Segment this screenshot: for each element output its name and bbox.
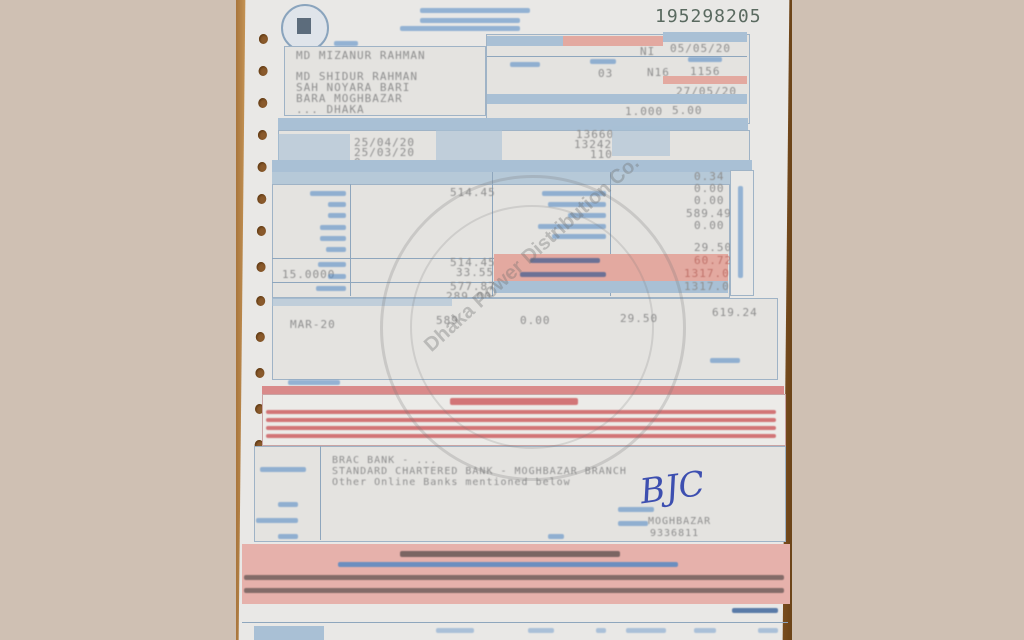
date-label [278, 534, 298, 539]
issue-date: 05/05/20 [670, 42, 731, 55]
banner-text-line [244, 588, 784, 593]
feed-hole [258, 98, 267, 108]
reading-label-col [436, 130, 502, 162]
field-label [510, 62, 540, 67]
feed-hole [259, 66, 268, 76]
summary-total: 619.24 [712, 306, 758, 319]
payment-method-label [260, 467, 306, 472]
load-kw: 5.00 [672, 104, 703, 117]
address-line-4: ... DHAKA [296, 103, 365, 116]
late-vat: 29.50 [694, 241, 732, 254]
feed-hole [257, 226, 266, 236]
feed-hole [259, 34, 268, 44]
field-label [590, 59, 616, 64]
phone-number: 9336811 [650, 528, 699, 539]
received-amount-label [256, 518, 298, 523]
company-name-label [420, 8, 530, 13]
total-bill-label [316, 286, 346, 291]
surcharge: 0.00 [694, 219, 725, 232]
bottom-header-branch [758, 628, 778, 633]
customer-label [334, 41, 358, 46]
phone-label [548, 534, 564, 539]
customer-name: MD MIZANUR RAHMAN [296, 49, 426, 62]
vat-arrears: 0.00 [694, 194, 725, 207]
issue-date-header [663, 32, 747, 42]
bottom-header-type [596, 628, 606, 633]
bottom-header-bank [694, 628, 716, 633]
summary-month: MAR-20 [290, 318, 336, 331]
stamp-label [278, 502, 298, 507]
company-address-label [420, 18, 520, 23]
meter-header [487, 94, 747, 104]
charge-label [320, 236, 346, 241]
feed-hole [257, 194, 266, 204]
book-no: 03 [598, 67, 613, 80]
office-name: MOGHBAZAR [648, 516, 711, 527]
payment-details-label [288, 380, 340, 385]
charges-header [272, 160, 752, 172]
row-divider [242, 622, 788, 623]
feed-hole [257, 262, 266, 272]
col-divider [320, 446, 321, 540]
summary-bill-label [710, 358, 740, 363]
feed-hole [255, 368, 264, 378]
due-date-label-col [612, 126, 670, 156]
reading-header [278, 118, 748, 130]
col-divider [350, 184, 351, 296]
field-label [688, 57, 722, 62]
charge-label [310, 191, 346, 196]
banner-text-line [244, 575, 784, 580]
banner-title [400, 551, 620, 557]
bottom-header-account-no [626, 628, 666, 633]
bank-line-1: BRAC BANK - ... [332, 455, 437, 466]
last-pay-date-header [663, 76, 747, 84]
charge-label [328, 202, 346, 207]
vat-label [328, 274, 346, 279]
banner-subtitle [338, 562, 678, 567]
bottom-header-office-code [436, 628, 474, 633]
charge-label [328, 213, 346, 218]
feed-hole [258, 162, 267, 172]
charge-label [320, 225, 346, 230]
company-web-label [400, 26, 520, 31]
office-label [618, 521, 648, 526]
feed-hole [258, 130, 267, 140]
feed-hole [256, 332, 265, 342]
side-note-label [738, 186, 743, 278]
grid-header [487, 36, 563, 46]
company-logo [281, 4, 329, 52]
bill-number: 195298205 [655, 6, 762, 27]
previous-date: 25/03/20 [354, 146, 415, 159]
feed-hole [256, 296, 265, 306]
bottom-table-header-left [254, 626, 324, 640]
principal-label [318, 262, 346, 267]
multiplier: 1.000 [625, 105, 663, 118]
charge-label [326, 247, 346, 252]
bank-office-label [732, 608, 778, 613]
net-vat: 60.72 [694, 254, 732, 267]
bottom-header-book-no [528, 628, 554, 633]
